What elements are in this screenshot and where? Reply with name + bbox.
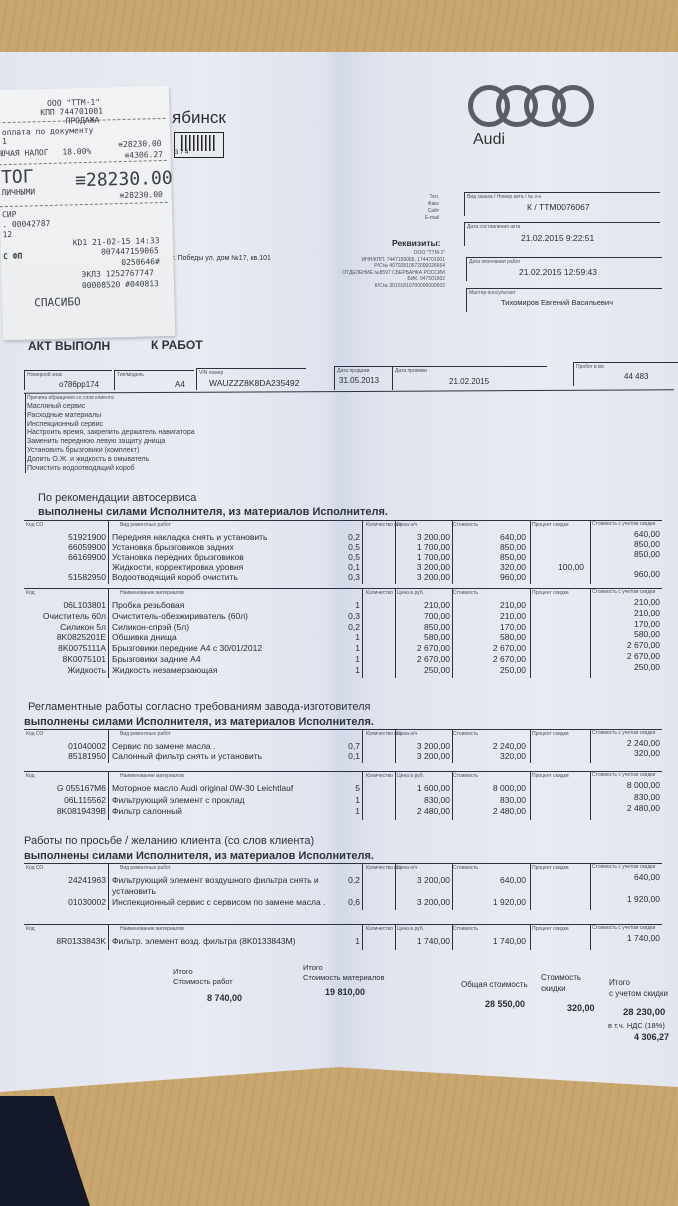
sale-date-field: Дата продажи 31.05.2013 [334,366,392,390]
item-qty: 0,3 [348,572,360,582]
item-total: 850,00 [634,549,660,559]
item-qty: 0,1 [348,751,360,761]
item-total: 2 670,00 [627,640,660,650]
column-header: Стоимость [453,590,478,596]
order-number-field: Вид заказа / Номер акта / № з-н К / ТТМ0… [464,192,660,216]
item-price: 3 200,00 [417,572,450,582]
item-cost: 8 000,00 [493,783,526,793]
item-code: 01030002 [68,897,106,907]
item-qty: 0,3 [348,611,360,621]
item-name: установить [112,886,156,896]
column-divider [362,924,363,950]
column-divider [530,729,531,763]
item-cost: 2 670,00 [493,654,526,664]
column-divider [395,863,396,910]
item-qty: 1 [355,665,360,675]
column-divider [590,924,591,950]
column-header: Стоимость с учетом скидки [592,522,662,527]
item-price: 830,00 [424,795,450,805]
column-divider [452,924,453,950]
material-row: 8R0133843KФильтр. элемент возд. фильтра … [0,936,678,948]
item-qty: 1 [355,654,360,664]
receipt-total-label: ТОГ [1,166,34,188]
item-code: 51582950 [68,572,106,582]
material-row: Силикон 5лСиликон-спрэй (5л)0,2850,00170… [0,622,678,633]
item-code: Жидкость [67,665,106,675]
requisites: ООО "ТТМ-1" ИНН/КПП: 7447159065, 1744701… [300,250,445,290]
column-header: Стоимость [453,926,478,932]
work-row: 66059900Установка брызговиков задних0,51… [0,542,678,552]
item-qty: 1 [355,806,360,816]
receipt-payment: оплата по документу [2,126,94,137]
item-total: 170,00 [634,619,660,629]
item-qty: 1 [355,600,360,610]
city-name: ябинск [172,108,226,128]
column-header: Наименование материалов [120,773,184,779]
work-row: 01030002Инспекционный сервис с сервисом … [0,897,678,908]
column-divider [362,520,363,584]
item-qty: 0,2 [348,875,360,885]
cash-receipt: ООО "ТТМ-1" КПП 744701001 ПРОДАЖА оплата… [0,86,175,340]
column-header: Процент скидки [532,926,569,932]
section-3-subtitle: выполнены силами Исполнителя, из материа… [24,850,374,862]
column-header: Стоимость с учетом скидки [592,926,662,931]
discount-total-value: 320,00 [567,1003,595,1013]
item-price: 1 700,00 [417,552,450,562]
item-cost: 850,00 [500,542,526,552]
column-header: Процент скидки [532,865,569,871]
item-total: 250,00 [634,662,660,672]
item-discount: 100,00 [558,562,584,572]
item-total: 2 670,00 [627,651,660,661]
item-name: Сервис по замене масла . [112,741,215,751]
receipt-thanks: СПАСИБО [34,295,81,309]
item-qty: 0,6 [348,897,360,907]
column-divider [362,863,363,910]
work-row: 01040002Сервис по замене масла .0,73 200… [0,741,678,751]
item-cost: 640,00 [500,532,526,542]
column-header: Процент скидки [532,731,569,737]
work-row: 85181950Салонный фильтр снять и установи… [0,751,678,761]
column-divider [590,588,591,678]
item-price: 250,00 [424,665,450,675]
column-divider [362,771,363,820]
barcode: 3 7 4 [174,132,224,158]
column-divider [452,729,453,763]
section-1-title: По рекомендации автосервиса [38,492,196,504]
column-header: Цена н/ч [397,865,417,871]
column-header: Цена в руб. [397,773,424,779]
item-qty: 0,2 [348,532,360,542]
item-code: Очиститель 60л [43,611,106,621]
item-qty: 1 [355,643,360,653]
divider [24,771,369,772]
material-row: Очиститель 60лОчиститель-обезжириватель … [0,611,678,622]
receipt-operation: ПРОДАЖА [65,116,99,126]
item-code: 66059900 [68,542,106,552]
material-row: 8K0075101Брызговики задние А412 670,002 … [0,654,678,665]
item-price: 1 700,00 [417,542,450,552]
column-divider [530,771,531,820]
item-cost: 1 920,00 [493,897,526,907]
item-name: Фильтрующий элемент с проклад [112,795,244,805]
vin-field: VIN номер WAUZZZ8K8DA235492 [196,368,306,390]
divider [24,863,369,864]
column-header: Вид ремонтных работ [120,522,171,528]
item-price: 3 200,00 [417,875,450,885]
item-total: 1 920,00 [627,894,660,904]
column-header: Код СО [26,865,43,871]
item-name: Фильтр салонный [112,806,182,816]
item-price: 1 600,00 [417,783,450,793]
item-price: 3 200,00 [417,562,450,572]
item-code: 8K0075101 [63,654,107,664]
item-total: 580,00 [634,629,660,639]
item-name: Обшивка днища [112,632,177,642]
column-divider [452,588,453,678]
item-cost: 320,00 [500,751,526,761]
column-divider [590,863,591,910]
column-header: Цена н/ч [397,522,417,528]
column-divider [590,729,591,763]
model-field: Тип/модель А4 [114,370,194,390]
item-cost: 320,00 [500,562,526,572]
materials-total-value: 19 810,00 [325,987,365,997]
receipt-total-value: ≡28230.00 [75,168,173,192]
item-cost: 1 740,00 [493,936,526,946]
column-divider [108,863,109,910]
column-divider [395,520,396,584]
column-header: Стоимость [453,773,478,779]
item-code: 51921900 [68,532,106,542]
item-code: 8K0075111A [58,643,106,653]
column-divider [395,771,396,820]
item-name: Установка брызговиков задних [112,542,234,552]
column-header: Цена в руб. [397,590,424,596]
column-divider [395,588,396,678]
item-code: Силикон 5л [60,622,106,632]
column-header: Цена в руб. [397,926,424,932]
column-divider [530,520,531,584]
item-name: Жидкость незамерзающая [112,665,217,675]
item-price: 3 200,00 [417,897,450,907]
column-header: Код [26,926,35,932]
act-title-right: К РАБОТ [151,338,203,352]
item-name: Жидкости, корректировка уровня [112,562,243,572]
column-divider [590,520,591,584]
item-price: 3 200,00 [417,532,450,542]
intake-date-field: Дата приемки 21.02.2015 [392,366,547,390]
work-end-date-field: Дата окончания работ 21.02.2015 12:59:43 [466,257,662,281]
divider [24,520,369,521]
material-row: G 055167M6Моторное масло Audi original 0… [0,783,678,795]
item-price: 1 740,00 [417,936,450,946]
item-cost: 2 670,00 [493,643,526,653]
work-row: 24241963Фильтрующий элемент воздушного ф… [0,875,678,886]
material-row: 8K0819439BФильтр салонный12 480,002 480,… [0,806,678,818]
column-divider [530,924,531,950]
item-total: 210,00 [634,597,660,607]
contact-labels: Тел. Факс Сайт E-mail [425,194,439,222]
grand-total-value: 28 550,00 [485,999,525,1009]
item-cost: 210,00 [500,611,526,621]
column-header: Процент скидки [532,522,569,528]
item-total: 960,00 [634,569,660,579]
column-divider [108,924,109,950]
item-code: 85181950 [68,751,106,761]
column-header: Стоимость с учетом скидки [592,865,662,870]
section-2-title: Регламентные работы согласно требованиям… [28,701,371,713]
column-header: Код [26,773,35,779]
column-header: Вид ремонтных работ [120,731,171,737]
work-row: Жидкости, корректировка уровня0,13 200,0… [0,562,678,572]
item-name: Фильтрующий элемент воздушного фильтра с… [112,875,319,885]
item-code: 8K0819439B [57,806,106,816]
item-price: 580,00 [424,632,450,642]
item-price: 2 670,00 [417,654,450,664]
divider [24,588,369,589]
column-divider [108,771,109,820]
item-name: Моторное масло Audi original 0W-30 Leich… [112,783,293,793]
vat-label: в т.ч. НДС (18%) [608,1021,665,1030]
item-name: Брызговики передние А4 с 30/01/2012 [112,643,262,653]
act-title-left: АКТ ВЫПОЛН [28,339,110,353]
item-total: 640,00 [634,872,660,882]
item-qty: 0,2 [348,622,360,632]
work-row: 51921900Передняя накладка снять и устано… [0,532,678,542]
column-divider [590,771,591,820]
work-row: 51582950Водоотводящий короб очистить0,33… [0,572,678,582]
item-total: 850,00 [634,539,660,549]
column-divider [452,520,453,584]
item-name: Водоотводящий короб очистить [112,572,238,582]
column-divider [108,588,109,678]
column-divider [530,588,531,678]
item-cost: 2 480,00 [493,806,526,816]
column-divider [530,863,531,910]
item-cost: 850,00 [500,552,526,562]
column-divider [362,588,363,678]
column-header: Код СО [26,522,43,528]
item-total: 320,00 [634,748,660,758]
column-header: Стоимость с учетом скидки [592,590,662,595]
item-qty: 1 [355,795,360,805]
column-header: Стоимость с учетом скидки [592,731,662,736]
item-name: Пробка резьбовая [112,600,184,610]
item-name: Передняя накладка снять и установить [112,532,267,542]
item-code: 24241963 [68,875,106,885]
item-name: Фильтр. элемент возд. фильтра (8K0133843… [112,936,296,946]
column-header: Наименование материалов [120,590,184,596]
item-price: 2 670,00 [417,643,450,653]
item-name: Очиститель-обезжириватель (60л) [112,611,248,621]
item-name: Силикон-спрэй (5л) [112,622,189,632]
column-divider [108,520,109,584]
item-code: 66169900 [68,552,106,562]
item-name: Установка передних брызговиков [112,552,244,562]
column-header: Вид ремонтных работ [120,865,171,871]
mileage-field: Пробег в км 44 483 [573,362,678,386]
column-header: Стоимость [453,865,478,871]
vat-value: 4 306,27 [634,1032,669,1042]
column-divider [362,729,363,763]
item-cost: 580,00 [500,632,526,642]
item-name: Салонный фильтр снять и установить [112,751,262,761]
column-header: Наименование материалов [120,926,184,932]
plate-field: Номерной знак о786рр174 [24,370,112,390]
item-price: 210,00 [424,600,450,610]
item-code: 06L103801 [63,600,106,610]
item-code: 01040002 [68,741,106,751]
item-code: 8R0133843K [56,936,106,946]
act-date-field: Дата составления акта 21.02.2015 9:22:51 [464,222,660,246]
grand-total-label: Общая стоимость [461,980,528,989]
column-divider [395,729,396,763]
item-total: 2 240,00 [627,738,660,748]
final-total-label: Итого с учетом скидки [609,977,668,999]
item-name: Инспекционный сервис с сервисом по замен… [112,897,325,907]
item-qty: 0,1 [348,562,360,572]
item-cost: 830,00 [500,795,526,805]
column-header: Цена н/ч [397,731,417,737]
audi-brand: Audi [473,131,505,149]
item-qty: 1 [355,632,360,642]
column-header: Количество [366,590,393,596]
item-total: 640,00 [634,529,660,539]
divider [24,924,369,925]
item-code: 06L115562 [64,795,106,805]
divider [24,729,369,730]
item-price: 3 200,00 [417,741,450,751]
item-total: 2 480,00 [627,803,660,813]
column-header: Стоимость [453,522,478,528]
works-total-value: 8 740,00 [207,993,242,1003]
work-row: 66169900Установка передних брызговиков0,… [0,552,678,562]
reasons-list: Масляный сервис Расходные материалы Инсп… [27,403,195,473]
item-qty: 1 [355,936,360,946]
item-code: G 055167M6 [57,783,106,793]
discount-total-label: Стоимость скидки [541,972,581,994]
divider [25,393,26,473]
column-header: Код СО [26,731,43,737]
column-divider [108,729,109,763]
item-name: Брызговики задние А4 [112,654,201,664]
material-row: 8K0075111AБрызговики передние А4 с 30/01… [0,643,678,654]
item-code: 8K0825201E [57,632,106,642]
item-cost: 960,00 [500,572,526,582]
item-qty: 0,7 [348,741,360,751]
works-total-label: Итого Стоимость работ [173,967,233,987]
column-divider [452,771,453,820]
consultant-field: Мастер-консультант Тихомиров Евгений Вас… [466,288,662,312]
reason-label: Причина обращения со слов клиента [27,395,114,401]
column-divider [395,924,396,950]
material-row: ЖидкостьЖидкость незамерзающая1250,00250… [0,665,678,676]
materials-total-label: Итого Стоимость материалов [303,963,384,983]
material-row: 06L103801Пробка резьбовая1210,00210,0021… [0,600,678,611]
item-cost: 2 240,00 [493,741,526,751]
item-price: 2 480,00 [417,806,450,816]
item-cost: 640,00 [500,875,526,885]
column-header: Стоимость [453,731,478,737]
column-header: Код [26,590,35,596]
item-cost: 250,00 [500,665,526,675]
material-row: 8K0825201EОбшивка днища1580,00580,00580,… [0,632,678,643]
item-price: 850,00 [424,622,450,632]
item-total: 830,00 [634,792,660,802]
material-row: 06L115562Фильтрующий элемент с проклад18… [0,795,678,807]
address: г. Победы ул. дом №17, кв.101 [172,255,271,262]
item-total: 1 740,00 [627,933,660,943]
item-qty: 5 [355,783,360,793]
item-price: 3 200,00 [417,751,450,761]
column-header: Стоимость с учетом скидки [592,773,662,778]
column-divider [452,863,453,910]
item-cost: 170,00 [500,622,526,632]
column-header: Процент скидки [532,773,569,779]
column-header: Количество [366,926,393,932]
section-1-subtitle: выполнены силами Исполнителя, из материа… [38,506,388,518]
section-3-title: Работы по просьбе / желанию клиента (со … [24,835,314,847]
column-header: Процент скидки [532,590,569,596]
item-qty: 0,5 [348,552,360,562]
item-total: 210,00 [634,608,660,618]
column-header: Количество [366,773,393,779]
requisites-title: Реквизиты: [392,238,441,248]
item-cost: 210,00 [500,600,526,610]
item-qty: 0,5 [348,542,360,552]
section-2-subtitle: выполнены силами Исполнителя, из материа… [24,716,374,728]
item-price: 700,00 [424,611,450,621]
item-total: 8 000,00 [627,780,660,790]
final-total-value: 28 230,00 [623,1007,665,1018]
